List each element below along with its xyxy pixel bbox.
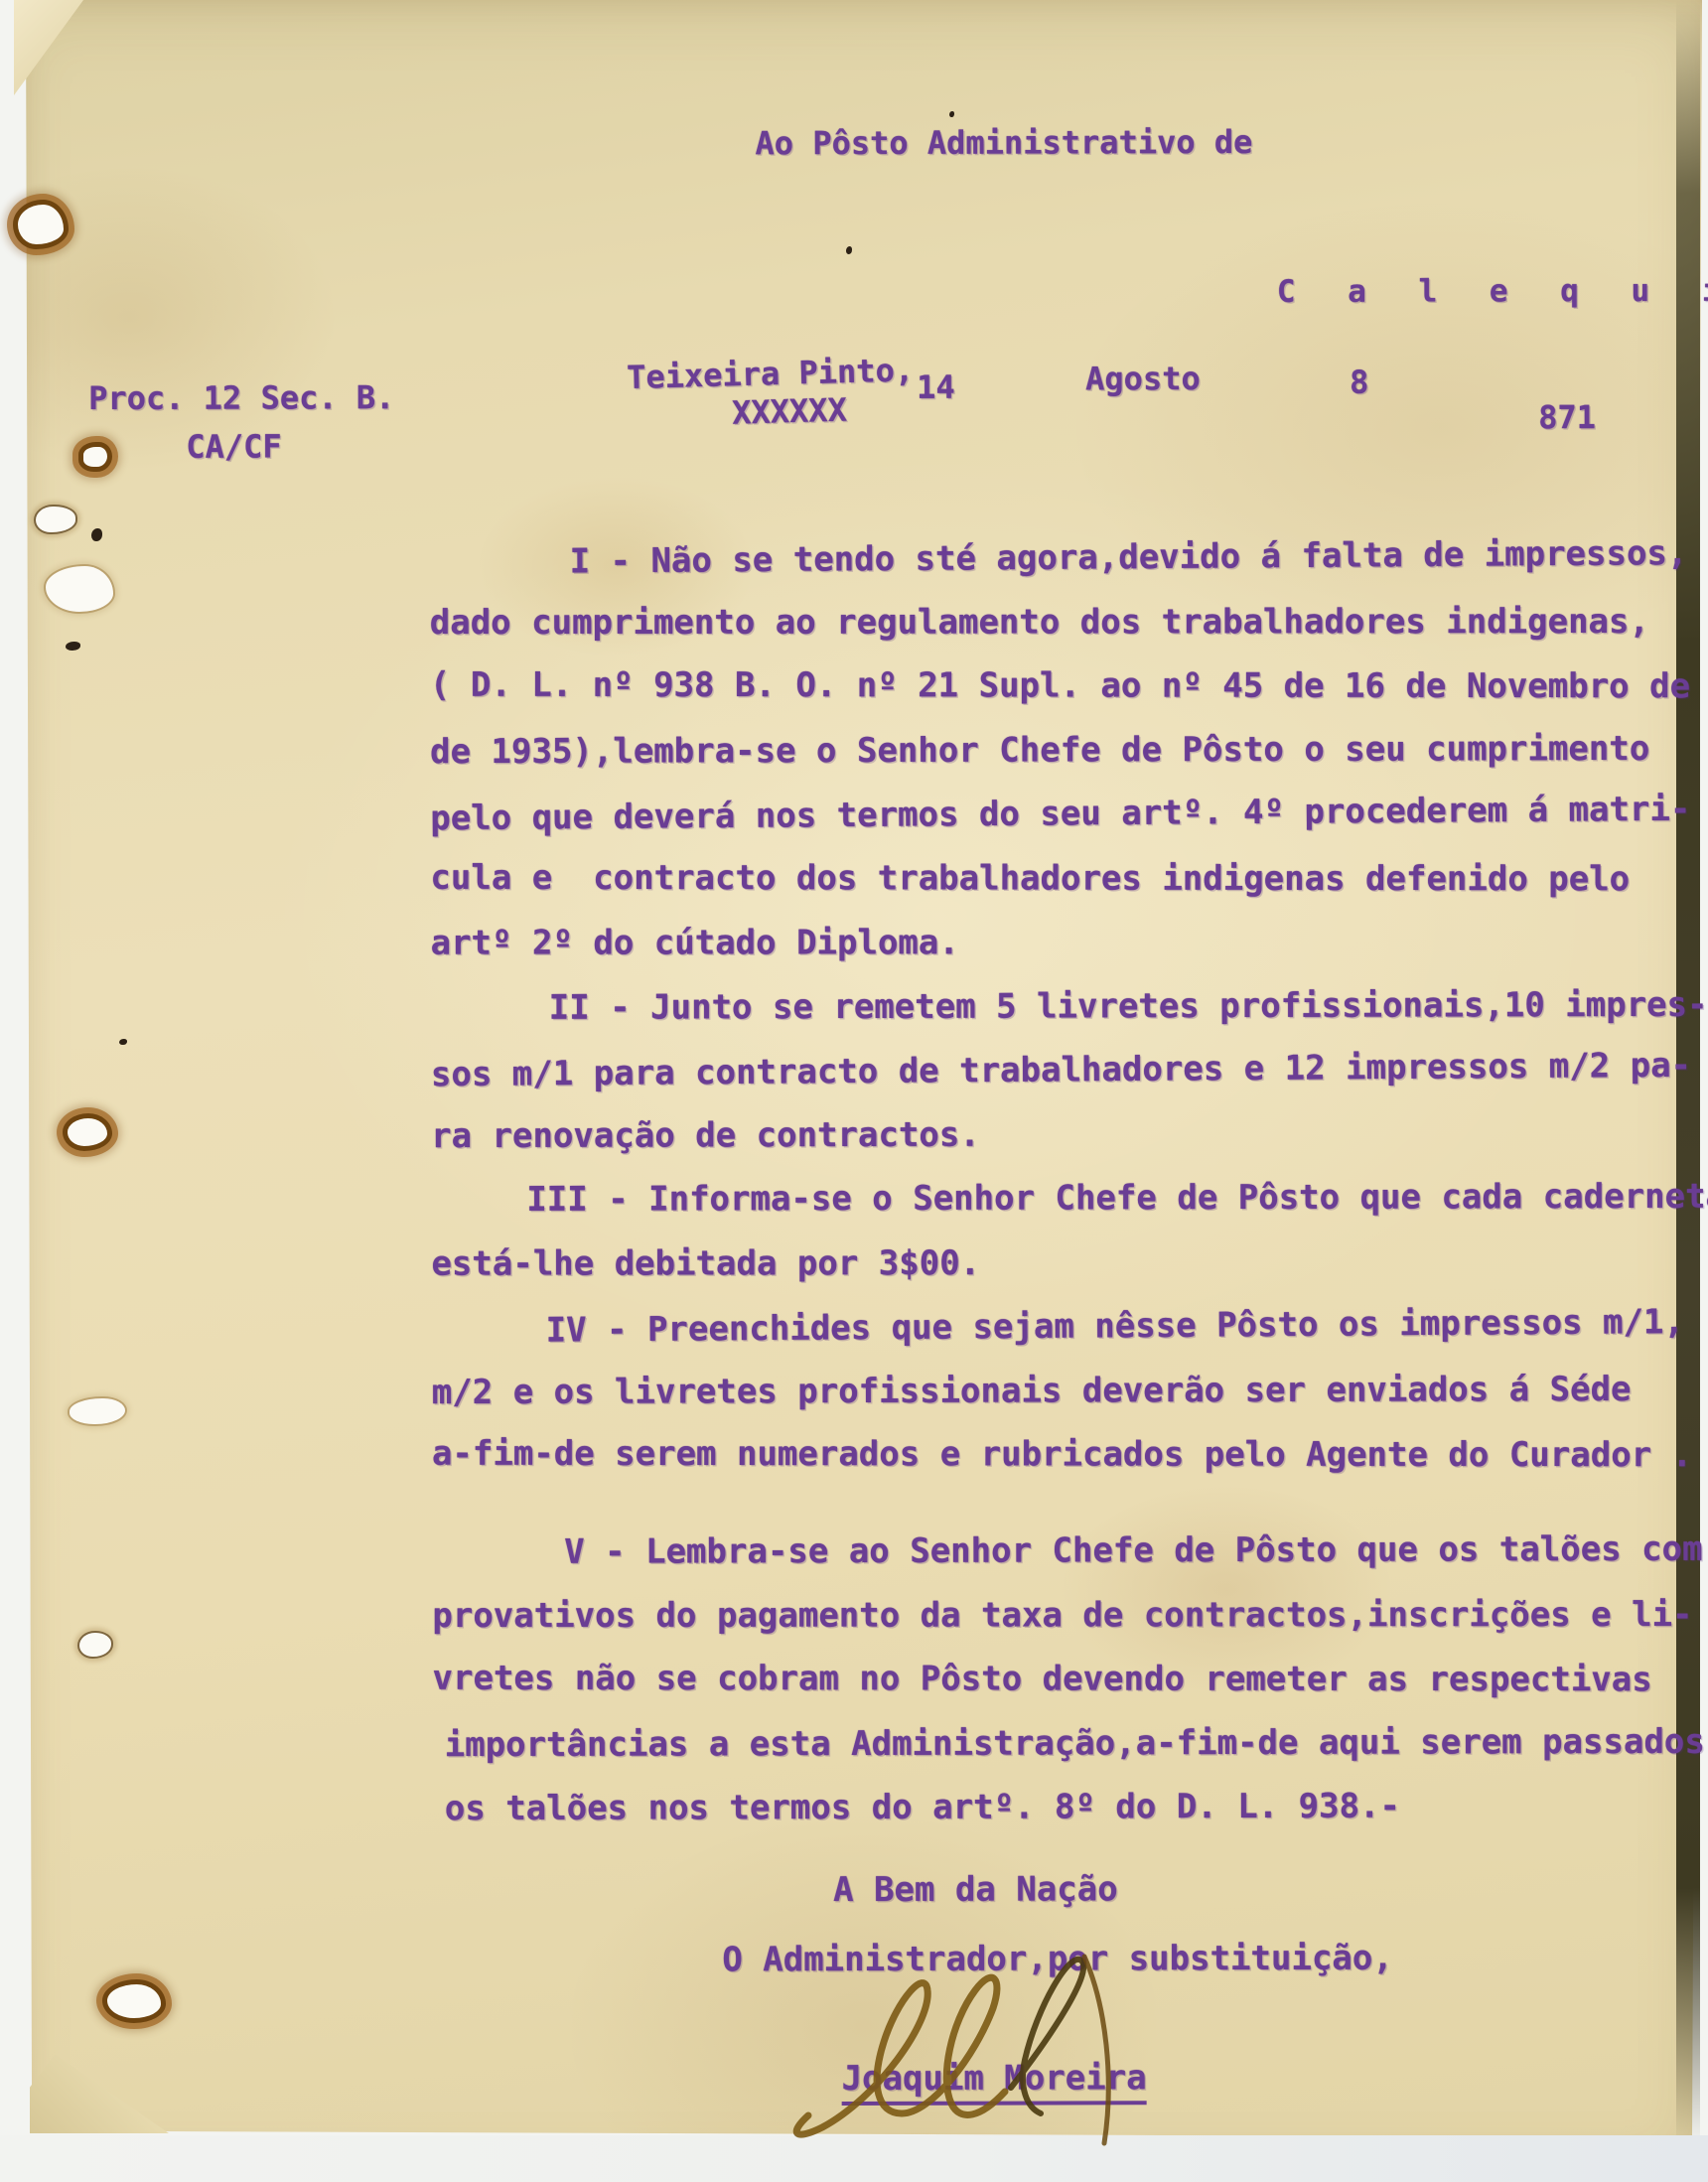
- typewritten-line: cula e contracto dos trabalhadores indig…: [430, 861, 1630, 896]
- typewritten-line: I - Não se tendo sté agora,devido á falt…: [569, 536, 1687, 578]
- typewritten-line: III - Informa-se o Senhor Chefe de Pôsto…: [526, 1180, 1708, 1217]
- dateline-strikeover: XXXXXX: [732, 394, 847, 429]
- typewritten-line: artº 2º do cútado Diploma.: [431, 926, 959, 959]
- typewritten-line: pelo que deverá nos termos do seu artº. …: [430, 793, 1690, 836]
- typewritten-line: II - Junto se remetem 5 livretes profiss…: [549, 988, 1708, 1025]
- typewritten-line: ra renovação de contractos.: [431, 1118, 980, 1153]
- typewritten-line: os talões nos termos do artº. 8º do D. L…: [445, 1790, 1400, 1826]
- closing-motto: A Bem da Nação: [833, 1872, 1118, 1907]
- dateline-hour: 8: [1350, 366, 1368, 398]
- typewritten-line: está-lhe debitada por 3$00.: [431, 1246, 980, 1280]
- typewritten-line: sos m/1 para contracto de trabalhadores …: [431, 1049, 1691, 1092]
- typewritten-text-layer: Ao Pôsto Administrativo de C a l e q u i…: [0, 0, 1708, 2182]
- typewritten-line: de 1935),lembra-se o Senhor Chefe de Pôs…: [430, 732, 1649, 769]
- typewritten-line: dado cumprimento ao regulamento dos trab…: [430, 605, 1649, 640]
- dateline-place: Teixeira Pinto,: [627, 354, 915, 393]
- scanned-letter-page: Ao Pôsto Administrativo de C a l e q u i…: [0, 0, 1708, 2182]
- dateline-month: Agosto: [1085, 363, 1201, 394]
- typewritten-line: ( D. L. nº 938 B. O. nº 21 Supl. ao nº 4…: [430, 668, 1690, 704]
- recipient-header: Ao Pôsto Administrativo de: [755, 126, 1252, 159]
- locality-name: C a l e q u i s s e: [1277, 275, 1708, 308]
- dateline-number: 871: [1538, 401, 1596, 433]
- typewritten-line: importâncias a esta Administração,a-fim-…: [445, 1725, 1705, 1762]
- typewritten-line: m/2 e os livretes profissionais deverão …: [432, 1373, 1632, 1409]
- typewritten-line: V - Lembra-se ao Senhor Chefe de Pôsto q…: [564, 1532, 1702, 1569]
- typewritten-line: a-fim-de serem numerados e rubricados pe…: [432, 1437, 1692, 1473]
- reference-initials: CA/CF: [186, 431, 281, 463]
- typewritten-line: vretes não se cobram no Pôsto devendo re…: [433, 1662, 1652, 1697]
- typewritten-line: IV - Preenchides que sejam nêsse Pôsto o…: [546, 1305, 1685, 1348]
- dateline-day: 14: [917, 371, 955, 403]
- typewritten-line: provativos do pagamento da taxa de contr…: [432, 1598, 1692, 1633]
- signature-flourish: [781, 1939, 1198, 2147]
- process-reference: Proc. 12 Sec. B.: [88, 381, 394, 414]
